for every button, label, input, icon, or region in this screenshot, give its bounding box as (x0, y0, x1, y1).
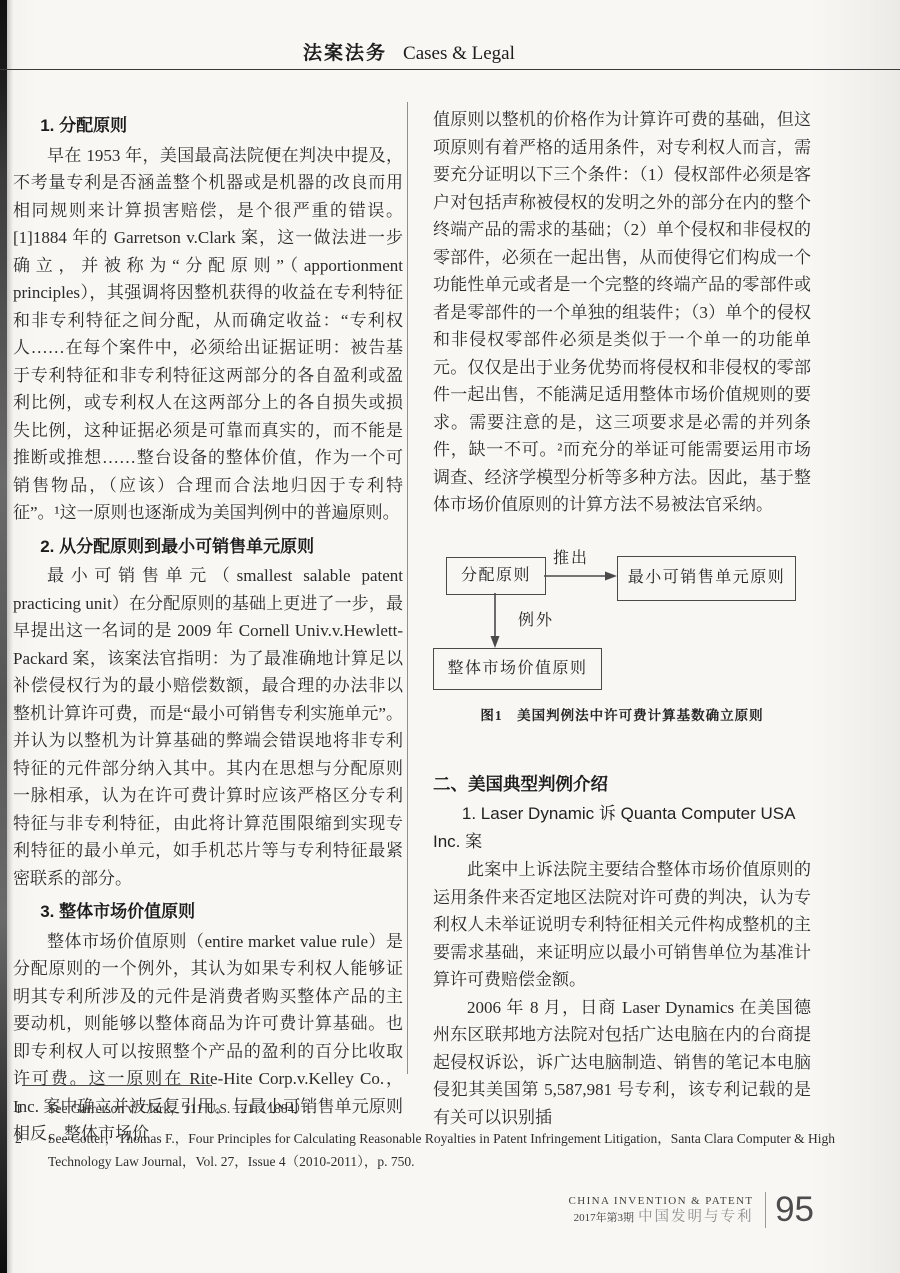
footer-issue: 2017年第3期 (574, 1212, 635, 1224)
section-title-en: Cases & Legal (403, 43, 515, 64)
footnote-1-text: See Garretson v. Clark，111 U.S. 121（1884… (48, 1101, 311, 1116)
journal-page: 法案法务Cases & Legal 1. 分配原则 早在 1953 年，美国最高… (0, 0, 900, 1273)
paragraph-smallest-unit: 最小可销售单元（smallest salable patent practici… (13, 562, 403, 892)
heading-us-cases: 二、美国典型判例介绍 (433, 771, 811, 799)
section-title-cn: 法案法务 (303, 43, 387, 64)
paragraph-apportionment: 早在 1953 年，美国最高法院便在判决中提及，不考量专利是否涵盖整个机器或是机… (13, 142, 403, 527)
column-left: 1. 分配原则 早在 1953 年，美国最高法院便在判决中提及，不考量专利是否涵… (13, 106, 403, 1148)
footnote-1-number: 1 (15, 1097, 22, 1120)
footnote-2-number: 2 (15, 1127, 22, 1150)
figure-box-smallest-unit: 最小可销售单元原则 (617, 556, 796, 601)
footer-journal-name-cn: 中国发明与专利 (638, 1209, 754, 1225)
scan-binding-edge (0, 0, 7, 1273)
column-divider (407, 102, 408, 1074)
figure-1: 分配原则 最小可销售单元原则 整体市场价值原则 推出 例外 图1 美国判例法中许… (433, 545, 811, 727)
heading-laser-dynamic-case: 1. Laser Dynamic 诉 Quanta Computer USA I… (433, 800, 811, 855)
figure-box-apportionment: 分配原则 (446, 557, 546, 595)
heading-entire-market: 3. 整体市场价值原则 (13, 898, 403, 926)
page-number: 95 (775, 1192, 814, 1228)
header-rule (0, 69, 900, 70)
figure-arrow-label-push: 推出 (553, 545, 589, 573)
footer-divider-bar (765, 1192, 767, 1228)
footnote-2: 2 See Cotter，Thomas F.，Four Principles f… (15, 1127, 870, 1173)
footer-journal-info: CHINA INVENTION & PATENT 2017年第3期 中国发明与专… (569, 1194, 754, 1226)
figure-caption: 图1 美国判例法中许可费计算基数确立原则 (433, 702, 811, 730)
page-footer: CHINA INVENTION & PATENT 2017年第3期 中国发明与专… (569, 1192, 815, 1228)
footnote-1: 1 See Garretson v. Clark，111 U.S. 121（18… (15, 1097, 870, 1120)
footnotes: 1 See Garretson v. Clark，111 U.S. 121（18… (15, 1097, 870, 1180)
column-right: 值原则以整机的价格作为计算许可费的基础，但这项原则有着严格的适用条件，对专利权人… (433, 106, 811, 1131)
footer-journal-name-en: CHINA INVENTION & PATENT (569, 1194, 754, 1209)
figure-box-entire-market: 整体市场价值原则 (433, 648, 602, 690)
heading-apportionment: 1. 分配原则 (13, 112, 403, 140)
footnote-separator (22, 1085, 212, 1086)
paragraph-entire-market-continued: 值原则以整机的价格作为计算许可费的基础，但这项原则有着严格的适用条件，对专利权人… (433, 106, 811, 519)
footer-issue-line: 2017年第3期 中国发明与专利 (569, 1209, 754, 1226)
heading-smallest-unit: 2. 从分配原则到最小可销售单元原则 (13, 533, 403, 561)
footnote-2-text: See Cotter，Thomas F.，Four Principles for… (48, 1131, 835, 1169)
figure-arrow-label-exception: 例外 (518, 607, 554, 635)
paragraph-case-summary: 此案中上诉法院主要结合整体市场价值原则的运用条件来否定地区法院对许可费的判决，认… (433, 856, 811, 994)
page-header: 法案法务Cases & Legal (303, 38, 515, 65)
